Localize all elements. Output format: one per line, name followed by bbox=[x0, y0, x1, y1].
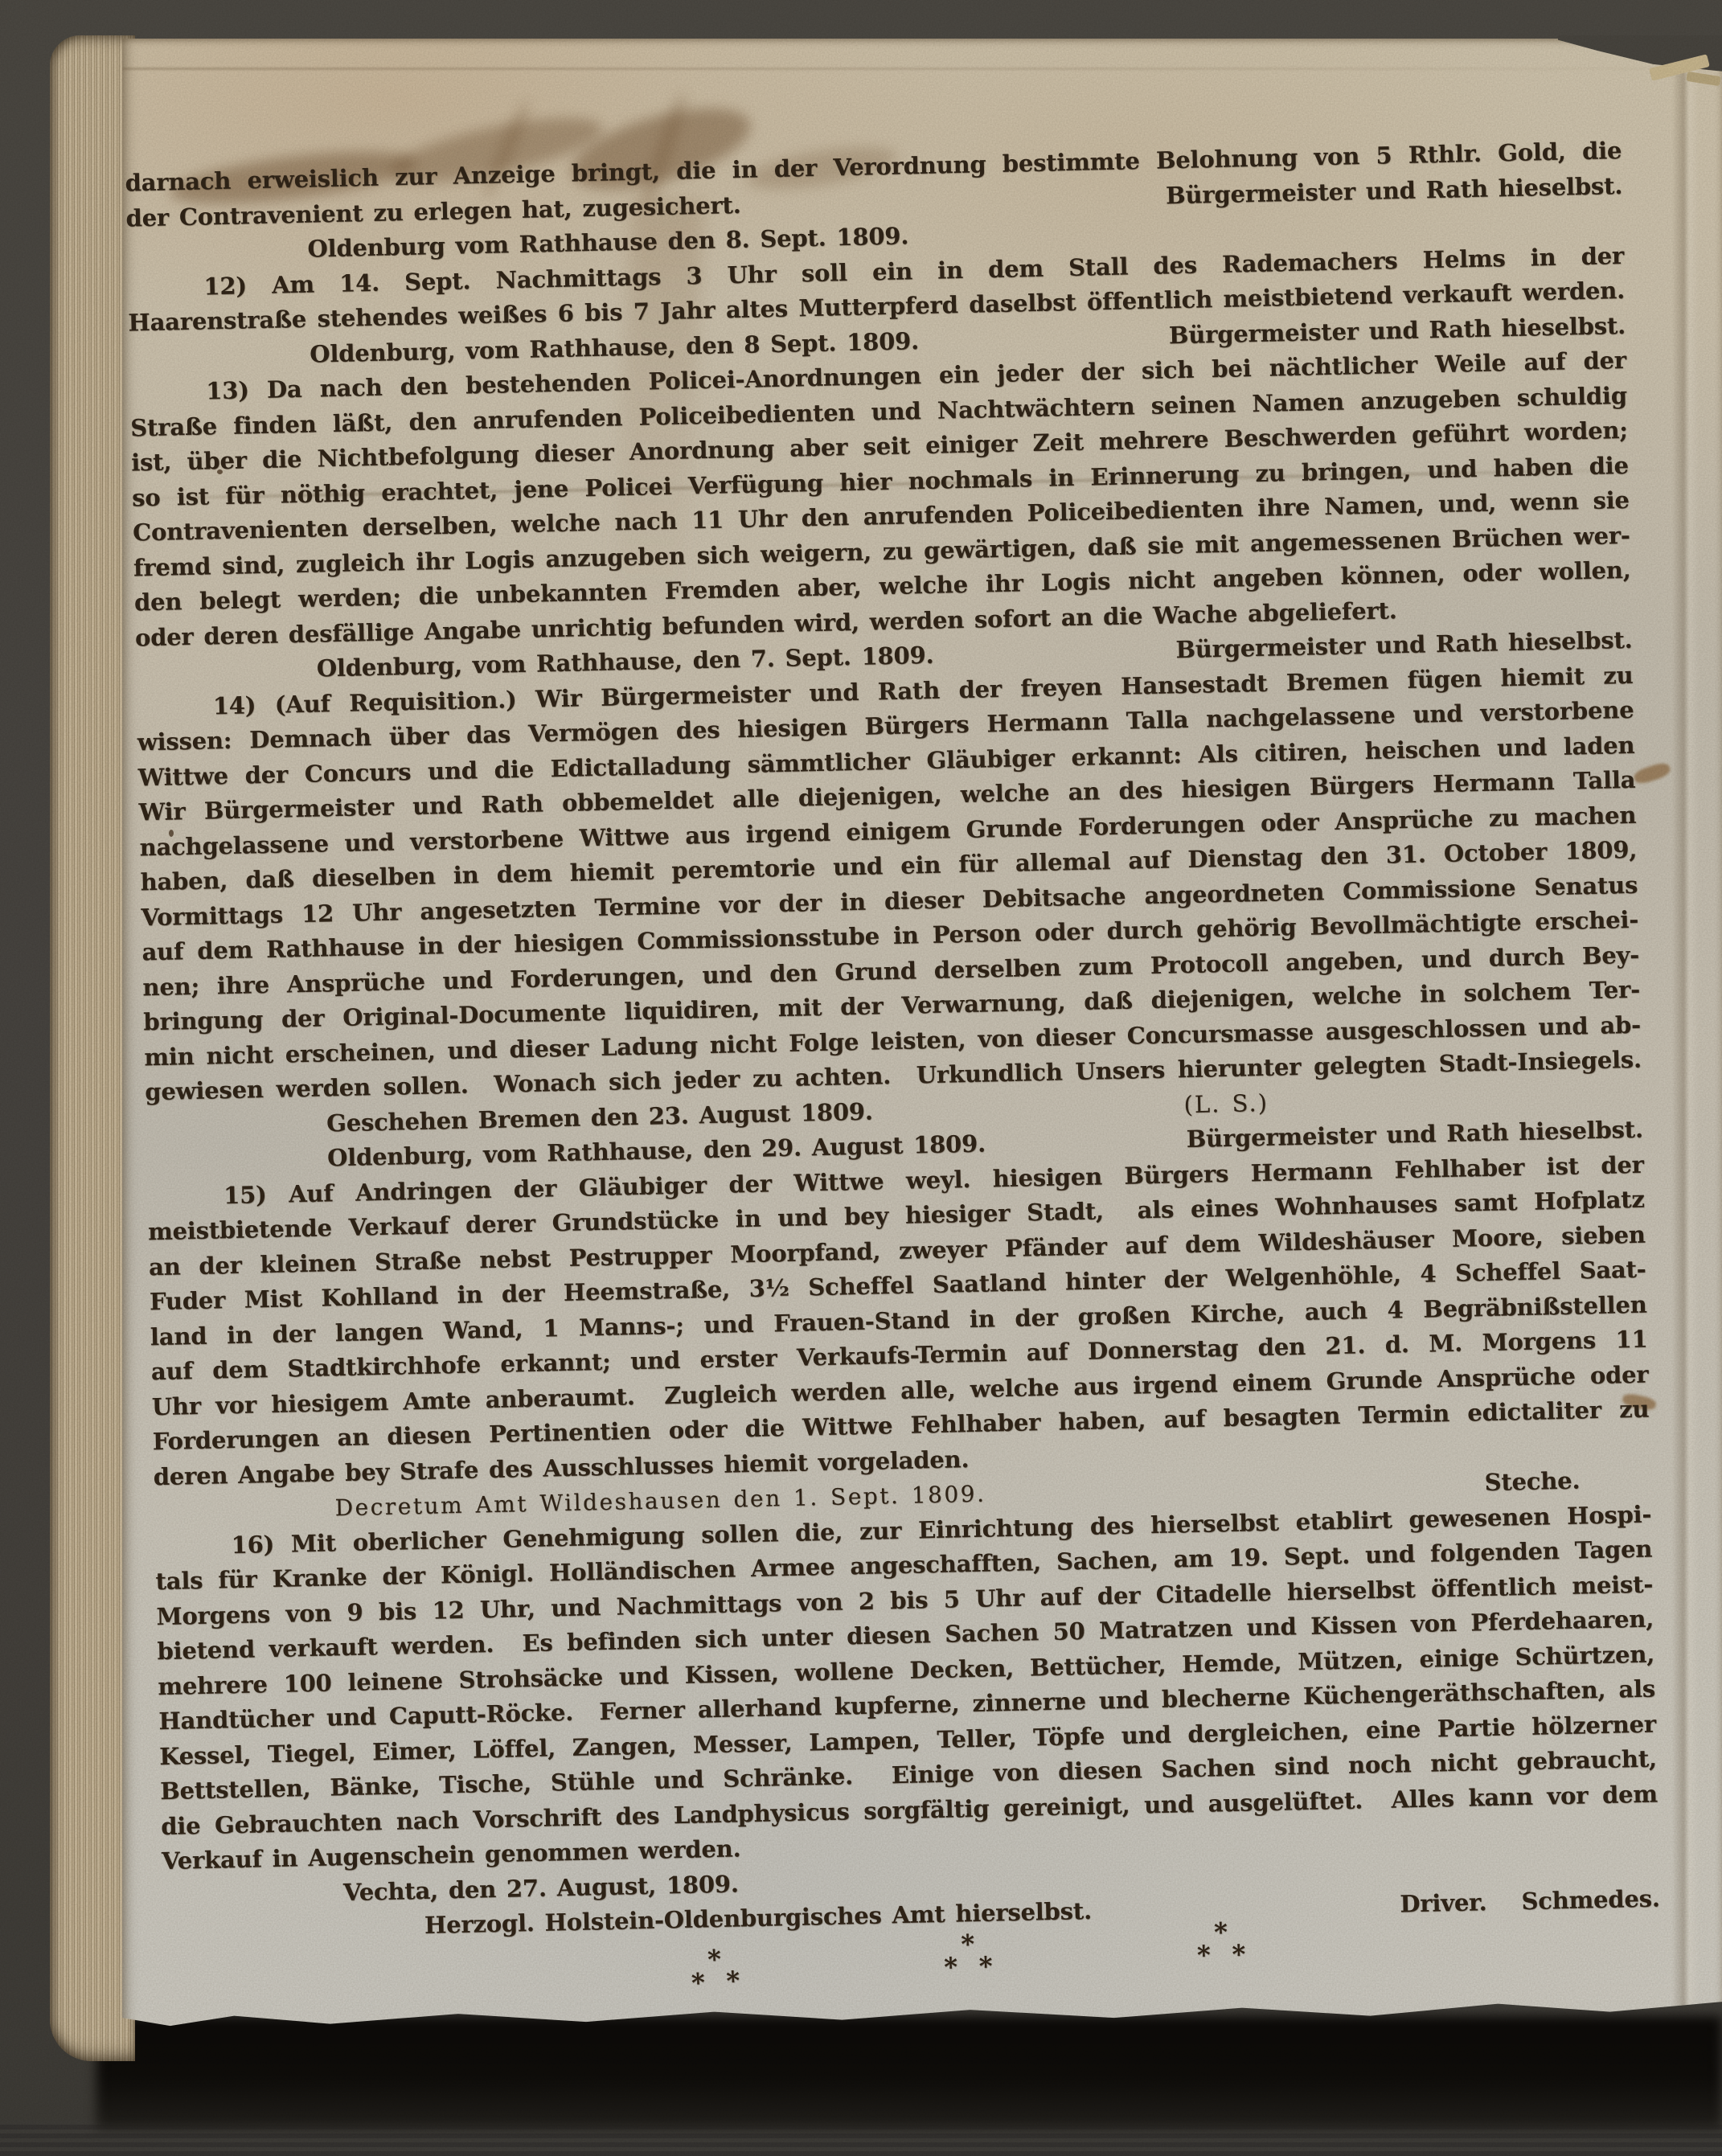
line-signature: Driver. Schmedes. bbox=[1400, 1881, 1660, 1922]
line-signature: (L. S.) bbox=[1183, 1085, 1269, 1122]
page-bottom-shadow bbox=[96, 2016, 1722, 2129]
printed-text-block: darnach erweislich zur Anzeige bringt, d… bbox=[125, 133, 1662, 2012]
top-crease bbox=[122, 68, 1722, 70]
paper-tear bbox=[1632, 760, 1671, 785]
document-page: darnach erweislich zur Anzeige bringt, d… bbox=[122, 39, 1722, 2042]
asterism-cluster: ** * bbox=[935, 1933, 1000, 1979]
scanned-book-page: { "document": { "language": "de", "accen… bbox=[0, 0, 1722, 2156]
line-signature: Steche. bbox=[1484, 1463, 1581, 1500]
asterism-cluster: ** * bbox=[682, 1946, 748, 1994]
asterism-cluster: ** * bbox=[1188, 1920, 1253, 1967]
line-text: Vechta, den 27. August, 1809. bbox=[343, 1870, 739, 1906]
right-fold-crease bbox=[1672, 39, 1699, 2042]
